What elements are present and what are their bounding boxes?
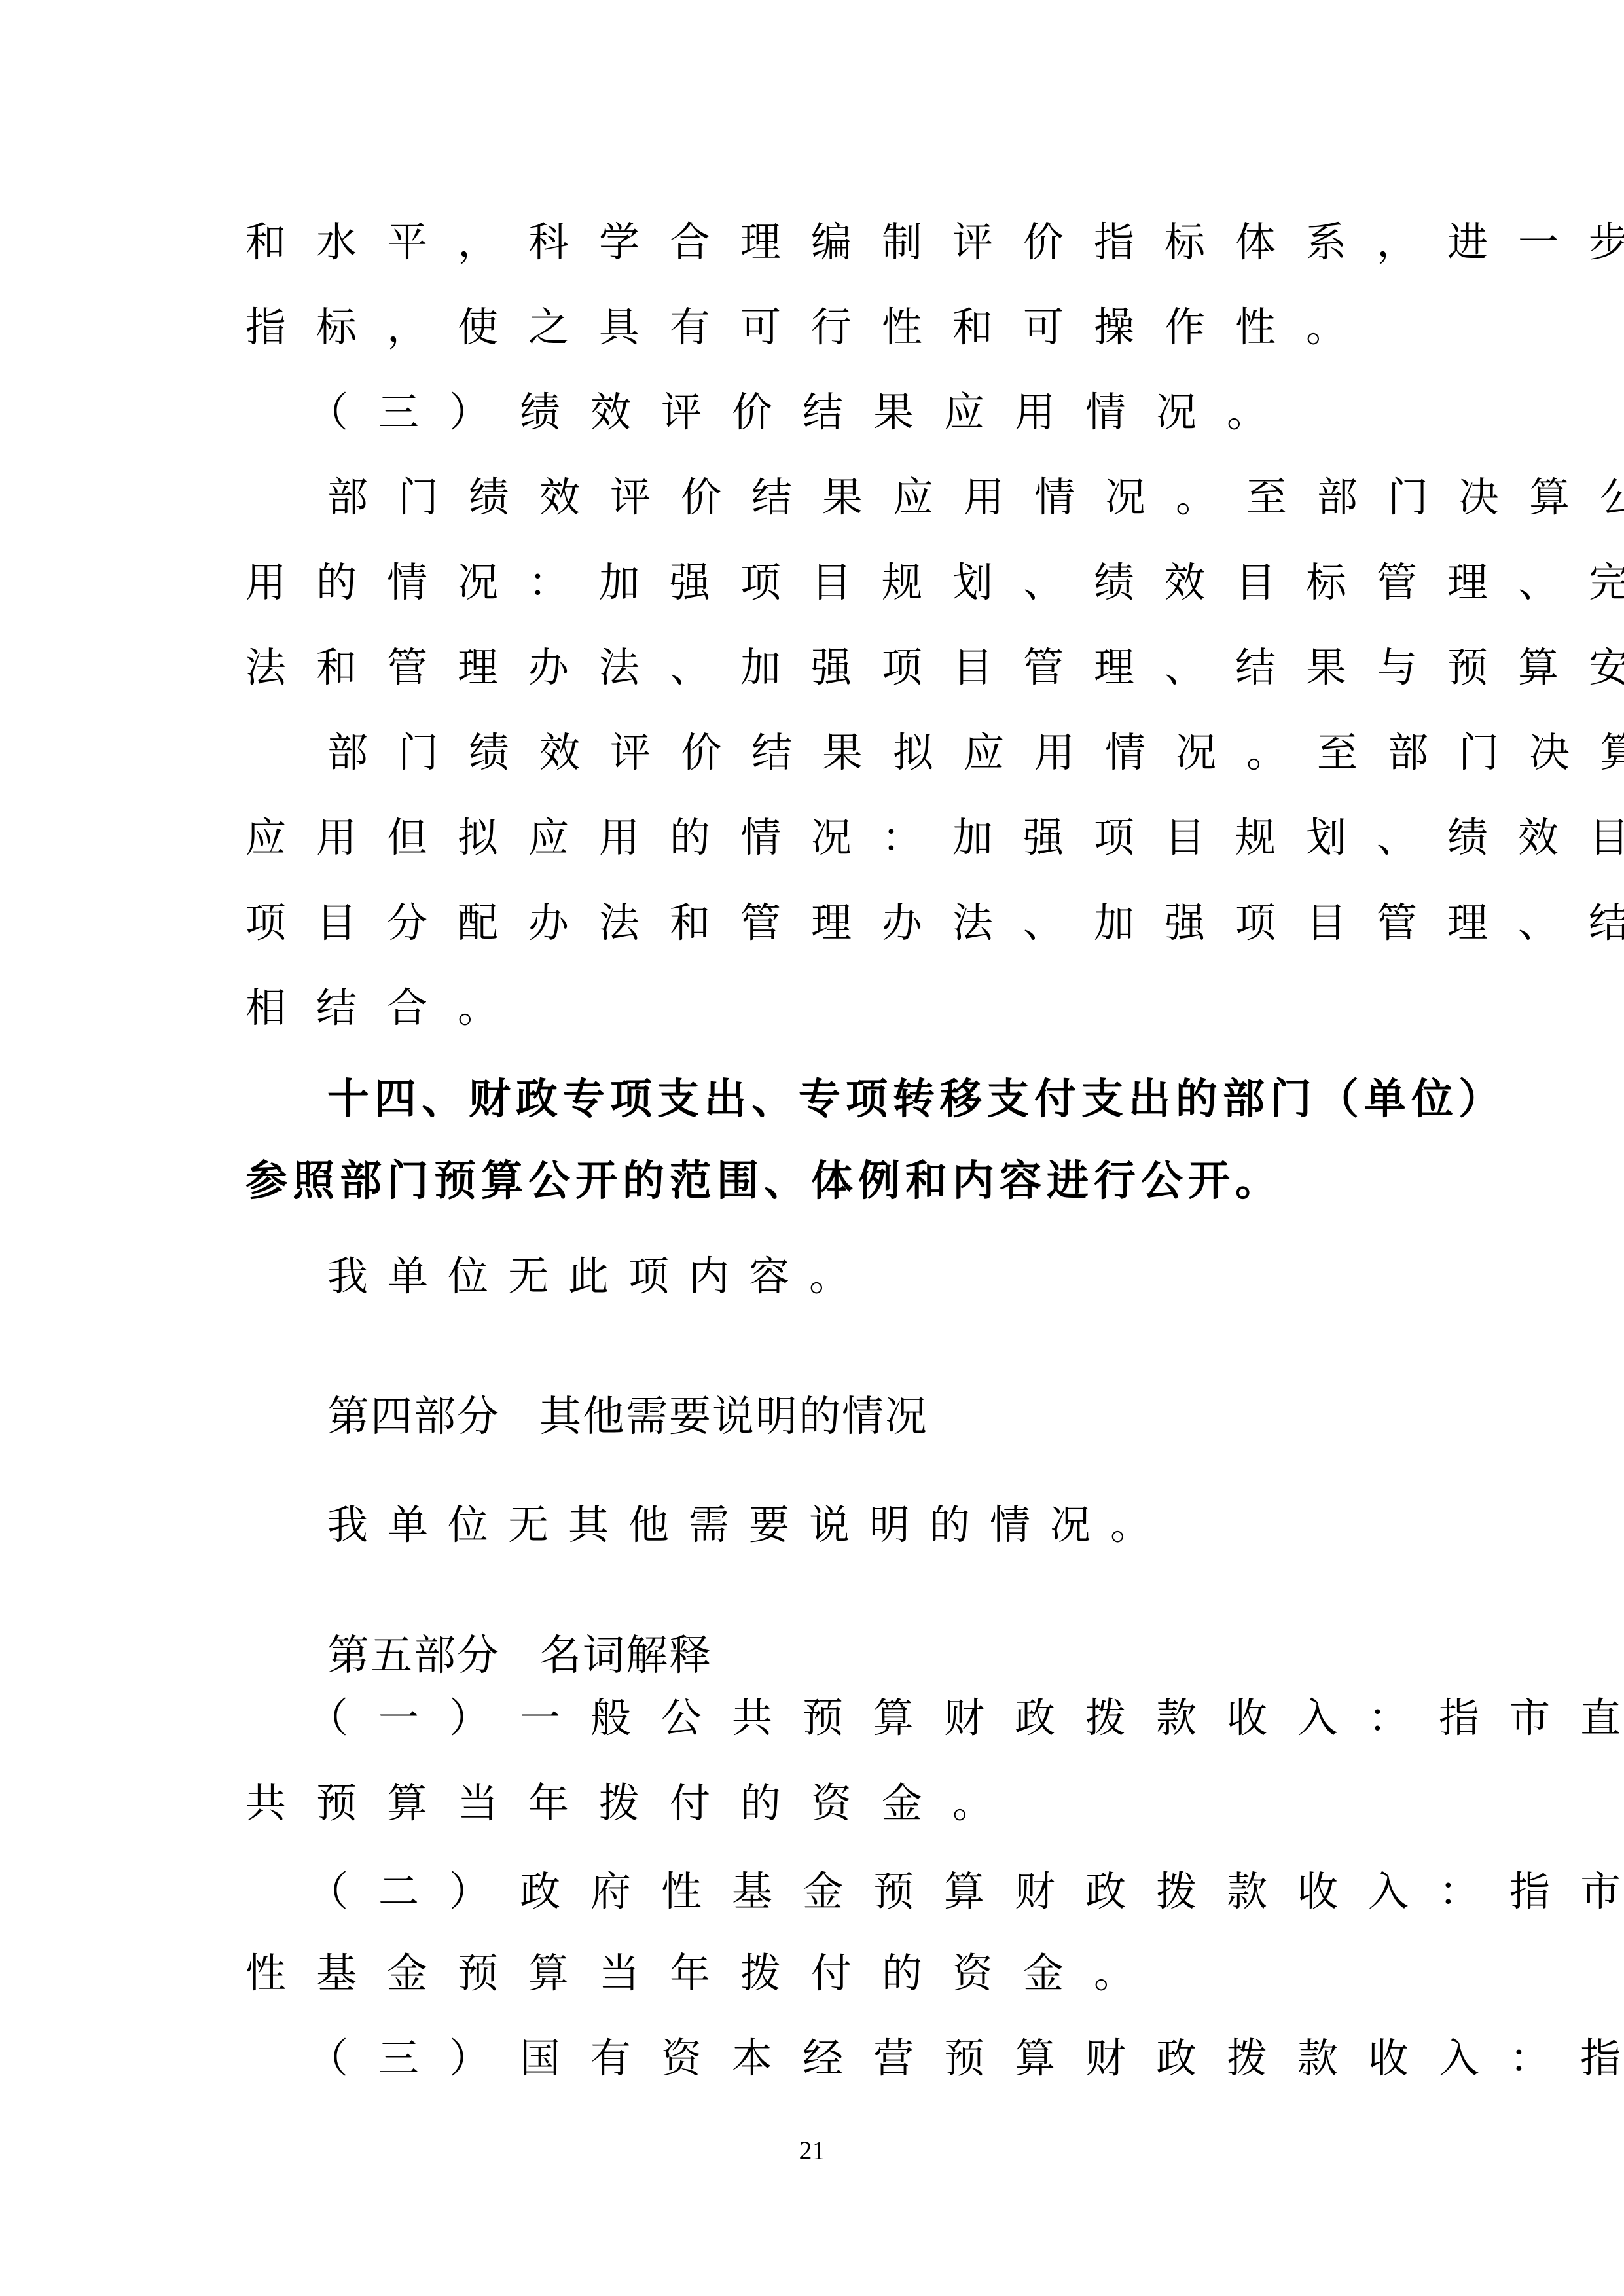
part-4-heading: 第四部分其他需要说明的情况 xyxy=(327,1391,1388,1443)
section-14-heading: 十四、财政专项支出、专项转移支付支出的部门（单位） xyxy=(327,1073,1388,1126)
glossary-item-3: （三）国有资本经营预算财政拨款收入：指市直财政国 xyxy=(308,2032,1368,2085)
part-5-heading: 第五部分名词解释 xyxy=(327,1630,1388,1682)
paragraph-line: 项目分配办法和管理办法、加强项目管理、结果与预算安排 xyxy=(245,897,1388,949)
section-14-heading: 参照部门预算公开的范围、体例和内容进行公开。 xyxy=(245,1155,1388,1208)
glossary-item-2: （二）政府性基金预算财政拨款收入：指市直财政政府 xyxy=(308,1865,1368,1918)
glossary-item-1-cont: 共预算当年拨付的资金。 xyxy=(245,1777,1388,1829)
paragraph-line: 法和管理办法、加强项目管理、结果与预算安排相结合。 xyxy=(245,641,1388,694)
part-4-label: 第四部分 xyxy=(327,1393,500,1441)
part-4-body: 我单位无其他需要说明的情况。 xyxy=(327,1499,1388,1551)
part-5-title: 名词解释 xyxy=(539,1632,712,1680)
paragraph-line: 部门绩效评价结果拟应用情况。至部门决算公开时还未 xyxy=(327,726,1388,779)
glossary-item-2-cont: 性基金预算当年拨付的资金。 xyxy=(245,1947,1388,2000)
paragraph-line: 应用但拟应用的情况：加强项目规划、绩效目标管理、完善 xyxy=(245,812,1388,864)
section-14-body: 我单位无此项内容。 xyxy=(327,1250,1388,1302)
page-number: 21 xyxy=(0,2135,1624,2166)
paragraph-line: 用的情况：加强项目规划、绩效目标管理、完善项目分配办 xyxy=(245,556,1388,609)
part-4-title: 其他需要说明的情况 xyxy=(539,1393,928,1441)
part-5-label: 第五部分 xyxy=(327,1632,500,1680)
paragraph-line: 和水平，科学合理编制评价指标体系，进一步量化细化具体 xyxy=(245,216,1388,268)
paragraph-line: 指标，使之具有可行性和可操作性。 xyxy=(245,301,1388,353)
paragraph-line: 相结合。 xyxy=(245,982,1388,1034)
document-page: 和水平，科学合理编制评价指标体系，进一步量化细化具体 指标，使之具有可行性和可操… xyxy=(0,0,1624,2296)
subheading-performance-results: （三）绩效评价结果应用情况。 xyxy=(308,386,1368,439)
glossary-item-1: （一）一般公共预算财政拨款收入：指市直财政一般公 xyxy=(308,1692,1368,1744)
paragraph-line: 部门绩效评价结果应用情况。至部门决算公开时已经应 xyxy=(327,471,1388,524)
